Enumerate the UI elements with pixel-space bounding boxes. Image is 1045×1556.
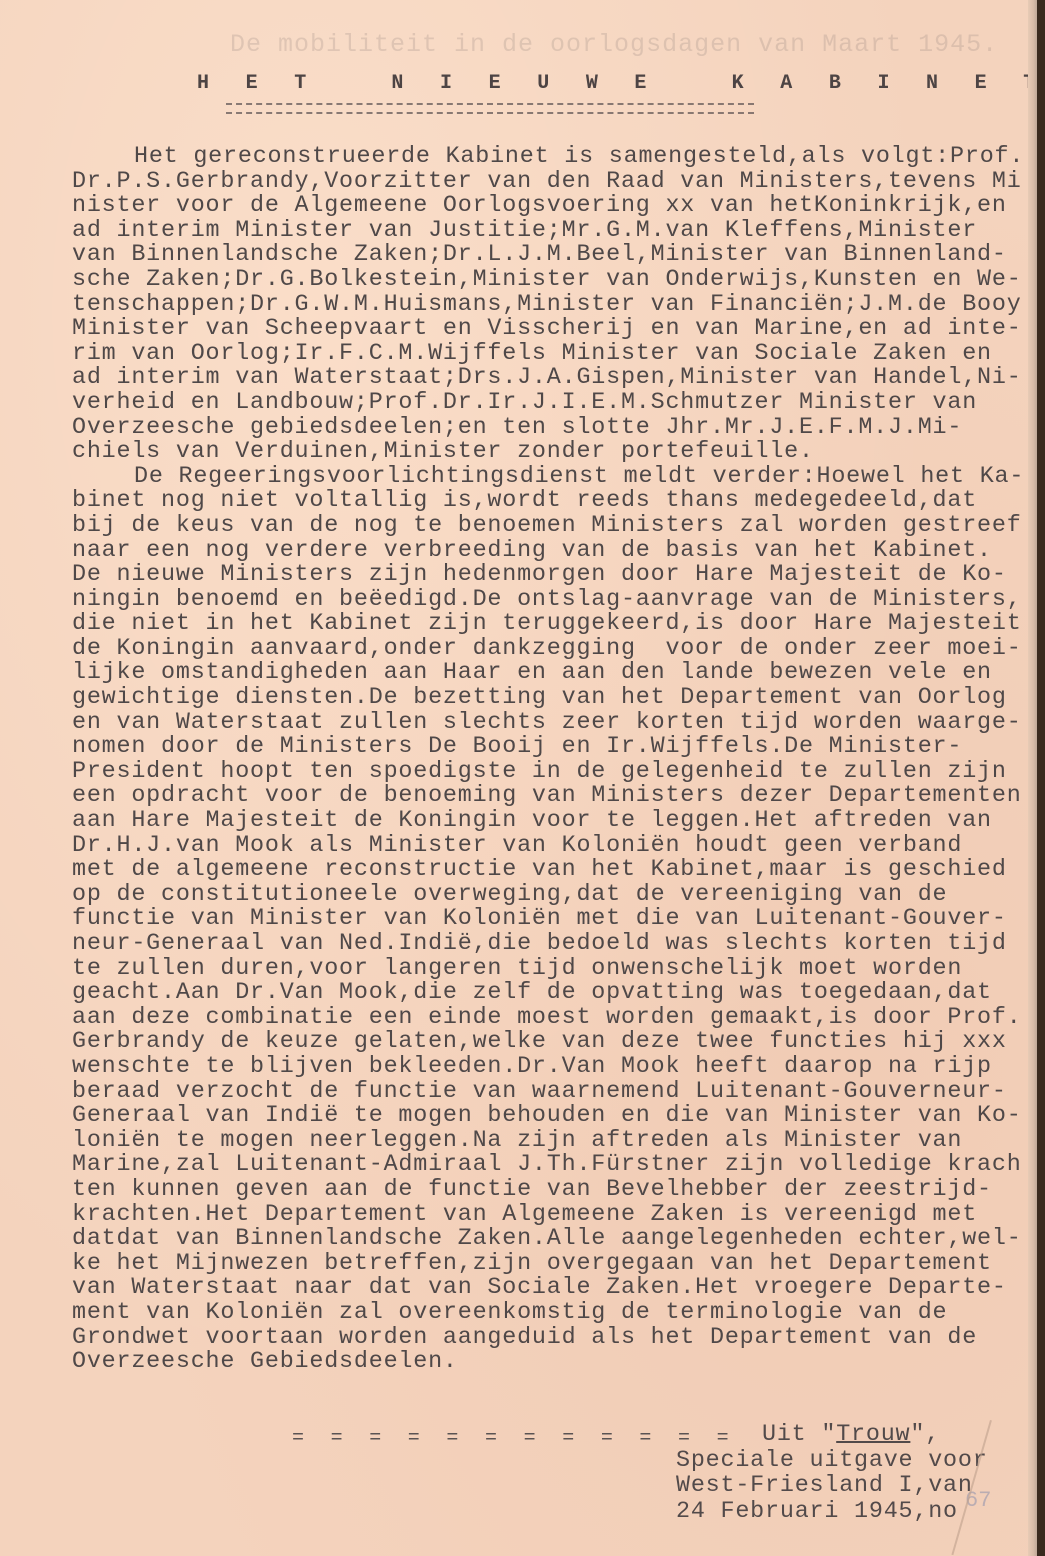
text-line: Dr.P.S.Gerbrandy,Voorzitter van den Raad… <box>72 170 1032 195</box>
source-attribution: Uit "Trouw", Speciale uitgave voor West-… <box>676 1423 988 1525</box>
paper-edge <box>1028 0 1037 1556</box>
text-line: neur-Generaal van Ned.Indië,die bedoeld … <box>72 932 1032 957</box>
text-line: ke het Mijnwezen betreffen,zijn overgega… <box>72 1252 1032 1277</box>
text-line: en van Waterstaat zullen slechts zeer ko… <box>72 711 1032 736</box>
text-line: ad interim Minister van Justitie;Mr.G.M.… <box>72 219 1032 244</box>
text-line: Overzeesche Gebiedsdeelen. <box>72 1350 1032 1375</box>
text-line: Grondwet voortaan worden aangeduid als h… <box>72 1326 1032 1351</box>
text-line: een opdracht voor de benoeming van Minis… <box>72 784 1032 809</box>
document-title: H E T N I E U W E K A B I N E T. <box>197 72 1045 95</box>
text-line: President hoopt ten spoedigste in de gel… <box>72 760 1032 785</box>
text-line: ment van Koloniën zal overeenkomstig de … <box>72 1301 1032 1326</box>
text-line: ten kunnen geven aan de functie van Beve… <box>72 1178 1032 1203</box>
text-line: verheid en Landbouw;Prof.Dr.Ir.J.I.E.M.S… <box>72 391 1032 416</box>
text-line: van Waterstaat naar dat van Sociale Zake… <box>72 1276 1032 1301</box>
text-line: rim van Oorlog;Ir.F.C.M.Wijffels Ministe… <box>72 342 1032 367</box>
text-line: Gerbrandy de keuze gelaten,welke van dez… <box>72 1030 1032 1055</box>
text-line: Marine,zal Luitenant-Admiraal J.Th.Fürst… <box>72 1153 1032 1178</box>
text-line: functie van Minister van Koloniën met di… <box>72 907 1032 932</box>
text-line: Overzeesche gebiedsdeelen;en ten slotte … <box>72 416 1032 441</box>
source-line-1: Uit "Trouw", <box>676 1423 988 1449</box>
text-line: te zullen duren,voor langeren tijd onwen… <box>72 957 1032 982</box>
text-line: gewichtige diensten.De bezetting van het… <box>72 686 1032 711</box>
bleed-through-text: De mobiliteit in de oorlogsdagen van Maa… <box>230 30 998 59</box>
title-underline <box>226 103 754 114</box>
text-line: nister voor de Algemeene Oorlogsvoering … <box>72 194 1032 219</box>
text-line: tenschappen;Dr.G.W.M.Huismans,Minister v… <box>72 293 1032 318</box>
text-line: ningin benoemd en beëedigd.De ontslag-aa… <box>72 588 1032 613</box>
text-line: ad interim van Waterstaat;Drs.J.A.Gispen… <box>72 366 1032 391</box>
text-line: Het gereconstrueerde Kabinet is samenges… <box>72 145 1032 170</box>
text-line: Generaal van Indië te mogen behouden en … <box>72 1104 1032 1129</box>
text-line: de Koningin aanvaard,onder dankzegging v… <box>72 637 1032 662</box>
text-line: Dr.H.J.van Mook als Minister van Kolonië… <box>72 834 1032 859</box>
source-line-2: Speciale uitgave voor <box>676 1449 988 1475</box>
text-line: op de constitutioneele overweging,dat de… <box>72 883 1032 908</box>
text-line: De nieuwe Ministers zijn hedenmorgen doo… <box>72 563 1032 588</box>
text-line: naar een nog verdere verbreeding van de … <box>72 539 1032 564</box>
text-line: datdat van Binnenlandsche Zaken.Alle aan… <box>72 1227 1032 1252</box>
text-line: nomen door de Ministers De Booij en Ir.W… <box>72 735 1032 760</box>
text-line: loniën te mogen neerleggen.Na zijn aftre… <box>72 1129 1032 1154</box>
text-line: krachten.Het Departement van Algemeene Z… <box>72 1203 1032 1228</box>
section-separator: = = = = = = = = = = = = <box>292 1427 736 1450</box>
text-line: van Binnenlandsche Zaken;Dr.L.J.M.Beel,M… <box>72 243 1032 268</box>
text-line: met de algemeene reconstructie van het K… <box>72 858 1032 883</box>
text-line: wenschte te blijven bekleeden.Dr.Van Moo… <box>72 1055 1032 1080</box>
newspaper-name: Trouw <box>836 1422 910 1448</box>
text-line: bij de keus van de nog te benoemen Minis… <box>72 514 1032 539</box>
text-line: geacht.Aan Dr.Van Mook,die zelf de opvat… <box>72 981 1032 1006</box>
text-line: aan Hare Majesteit de Koningin voor te l… <box>72 809 1032 834</box>
text-line: chiels van Verduinen,Minister zonder por… <box>72 440 1032 465</box>
text-line: Minister van Scheepvaart en Visscherij e… <box>72 317 1032 342</box>
text-line: die niet in het Kabinet zijn teruggekeer… <box>72 612 1032 637</box>
document-body: Het gereconstrueerde Kabinet is samenges… <box>72 145 1032 1375</box>
text-line: beraad verzocht de functie van waarnemen… <box>72 1080 1032 1105</box>
text-line: binet nog niet voltallig is,wordt reeds … <box>72 489 1032 514</box>
text-line: sche Zaken;Dr.G.Bolkestein,Minister van … <box>72 268 1032 293</box>
paper-sheet: De mobiliteit in de oorlogsdagen van Maa… <box>0 0 1037 1556</box>
source-line-3: West-Friesland I,van <box>676 1474 988 1500</box>
text-line: aan deze combinatie een einde moest word… <box>72 1006 1032 1031</box>
text-line: De Regeeringsvoorlichtingsdienst meldt v… <box>72 465 1032 490</box>
source-line-4: 24 Februari 1945,no <box>676 1500 988 1526</box>
text-line: lijke omstandigheden aan Haar en aan den… <box>72 661 1032 686</box>
